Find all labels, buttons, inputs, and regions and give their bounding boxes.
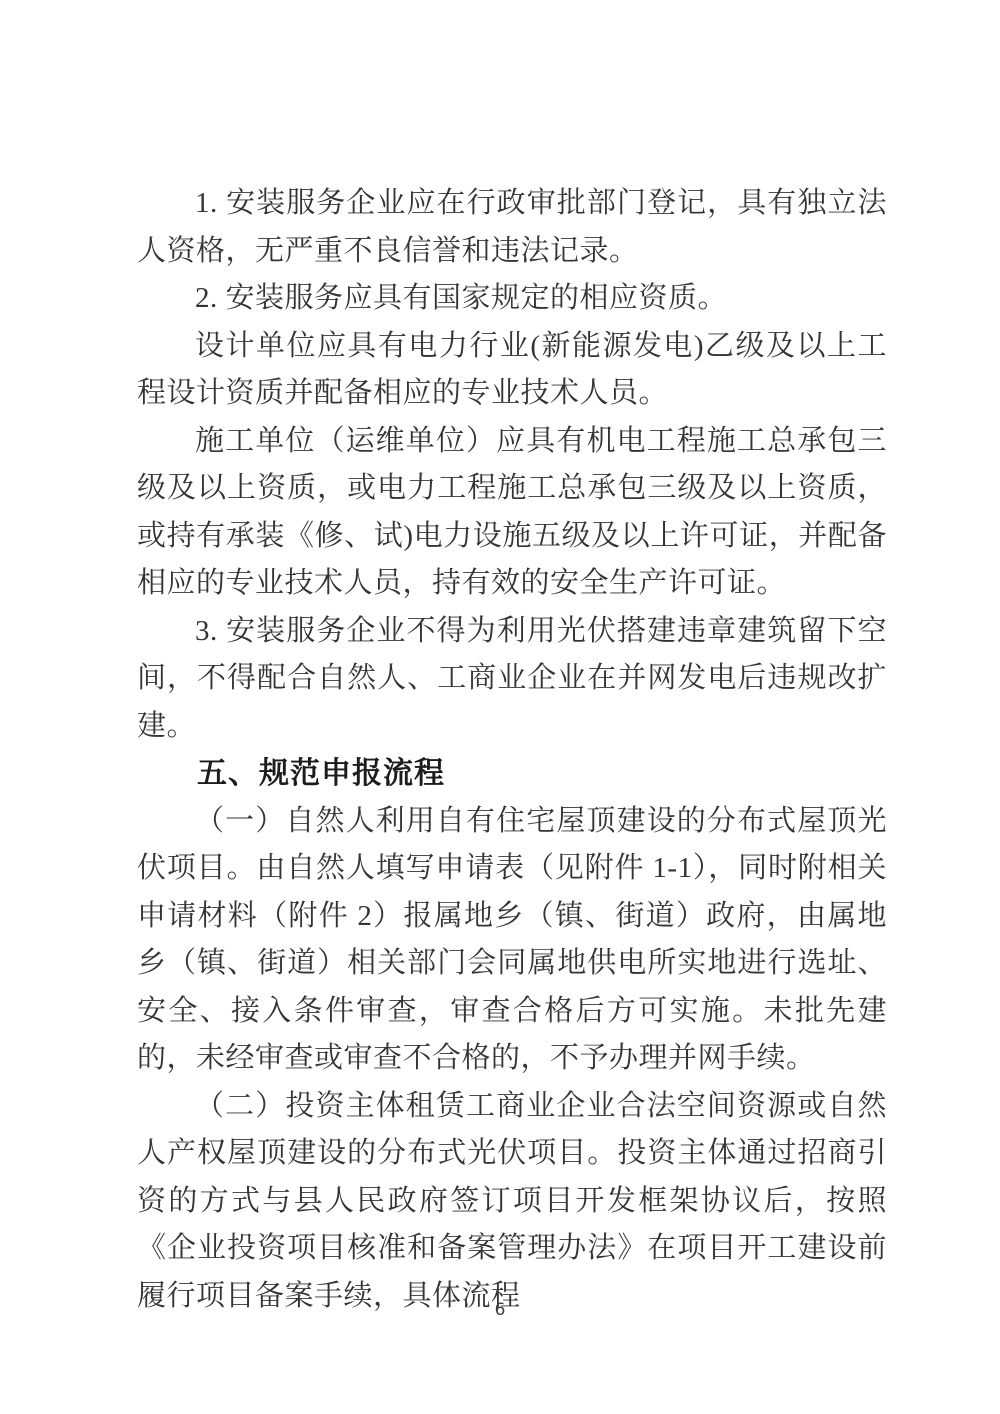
paragraph-design-qualification: 设计单位应具有电力行业(新能源发电)乙级及以上工程设计资质并配备相应的专业技术人…: [137, 323, 887, 418]
page-footer: 6: [0, 1298, 1000, 1322]
paragraph-process-natural-person: （一）自然人利用自有住宅屋顶建设的分布式屋顶光伏项目。由自然人填写申请表（见附件…: [137, 798, 887, 1083]
paragraph-construction-qualification: 施工单位（运维单位）应具有机电工程施工总承包三级及以上资质，或电力工程施工总承包…: [137, 418, 887, 608]
page-number: 6: [495, 1300, 506, 1320]
paragraph-item-1: 1. 安装服务企业应在行政审批部门登记，具有独立法人资格，无严重不良信誉和违法记…: [137, 180, 887, 275]
document-body: 1. 安装服务企业应在行政审批部门登记，具有独立法人资格，无严重不良信誉和违法记…: [137, 180, 887, 1320]
paragraph-item-2: 2. 安装服务应具有国家规定的相应资质。: [137, 275, 887, 323]
paragraph-item-3: 3. 安装服务企业不得为利用光伏搭建违章建筑留下空间，不得配合自然人、工商业企业…: [137, 608, 887, 751]
document-page: 1. 安装服务企业应在行政审批部门登记，具有独立法人资格，无严重不良信誉和违法记…: [0, 0, 1000, 1414]
paragraph-process-investor: （二）投资主体租赁工商业企业合法空间资源或自然人产权屋顶建设的分布式光伏项目。投…: [137, 1083, 887, 1321]
section-heading: 五、规范申报流程: [137, 750, 887, 798]
